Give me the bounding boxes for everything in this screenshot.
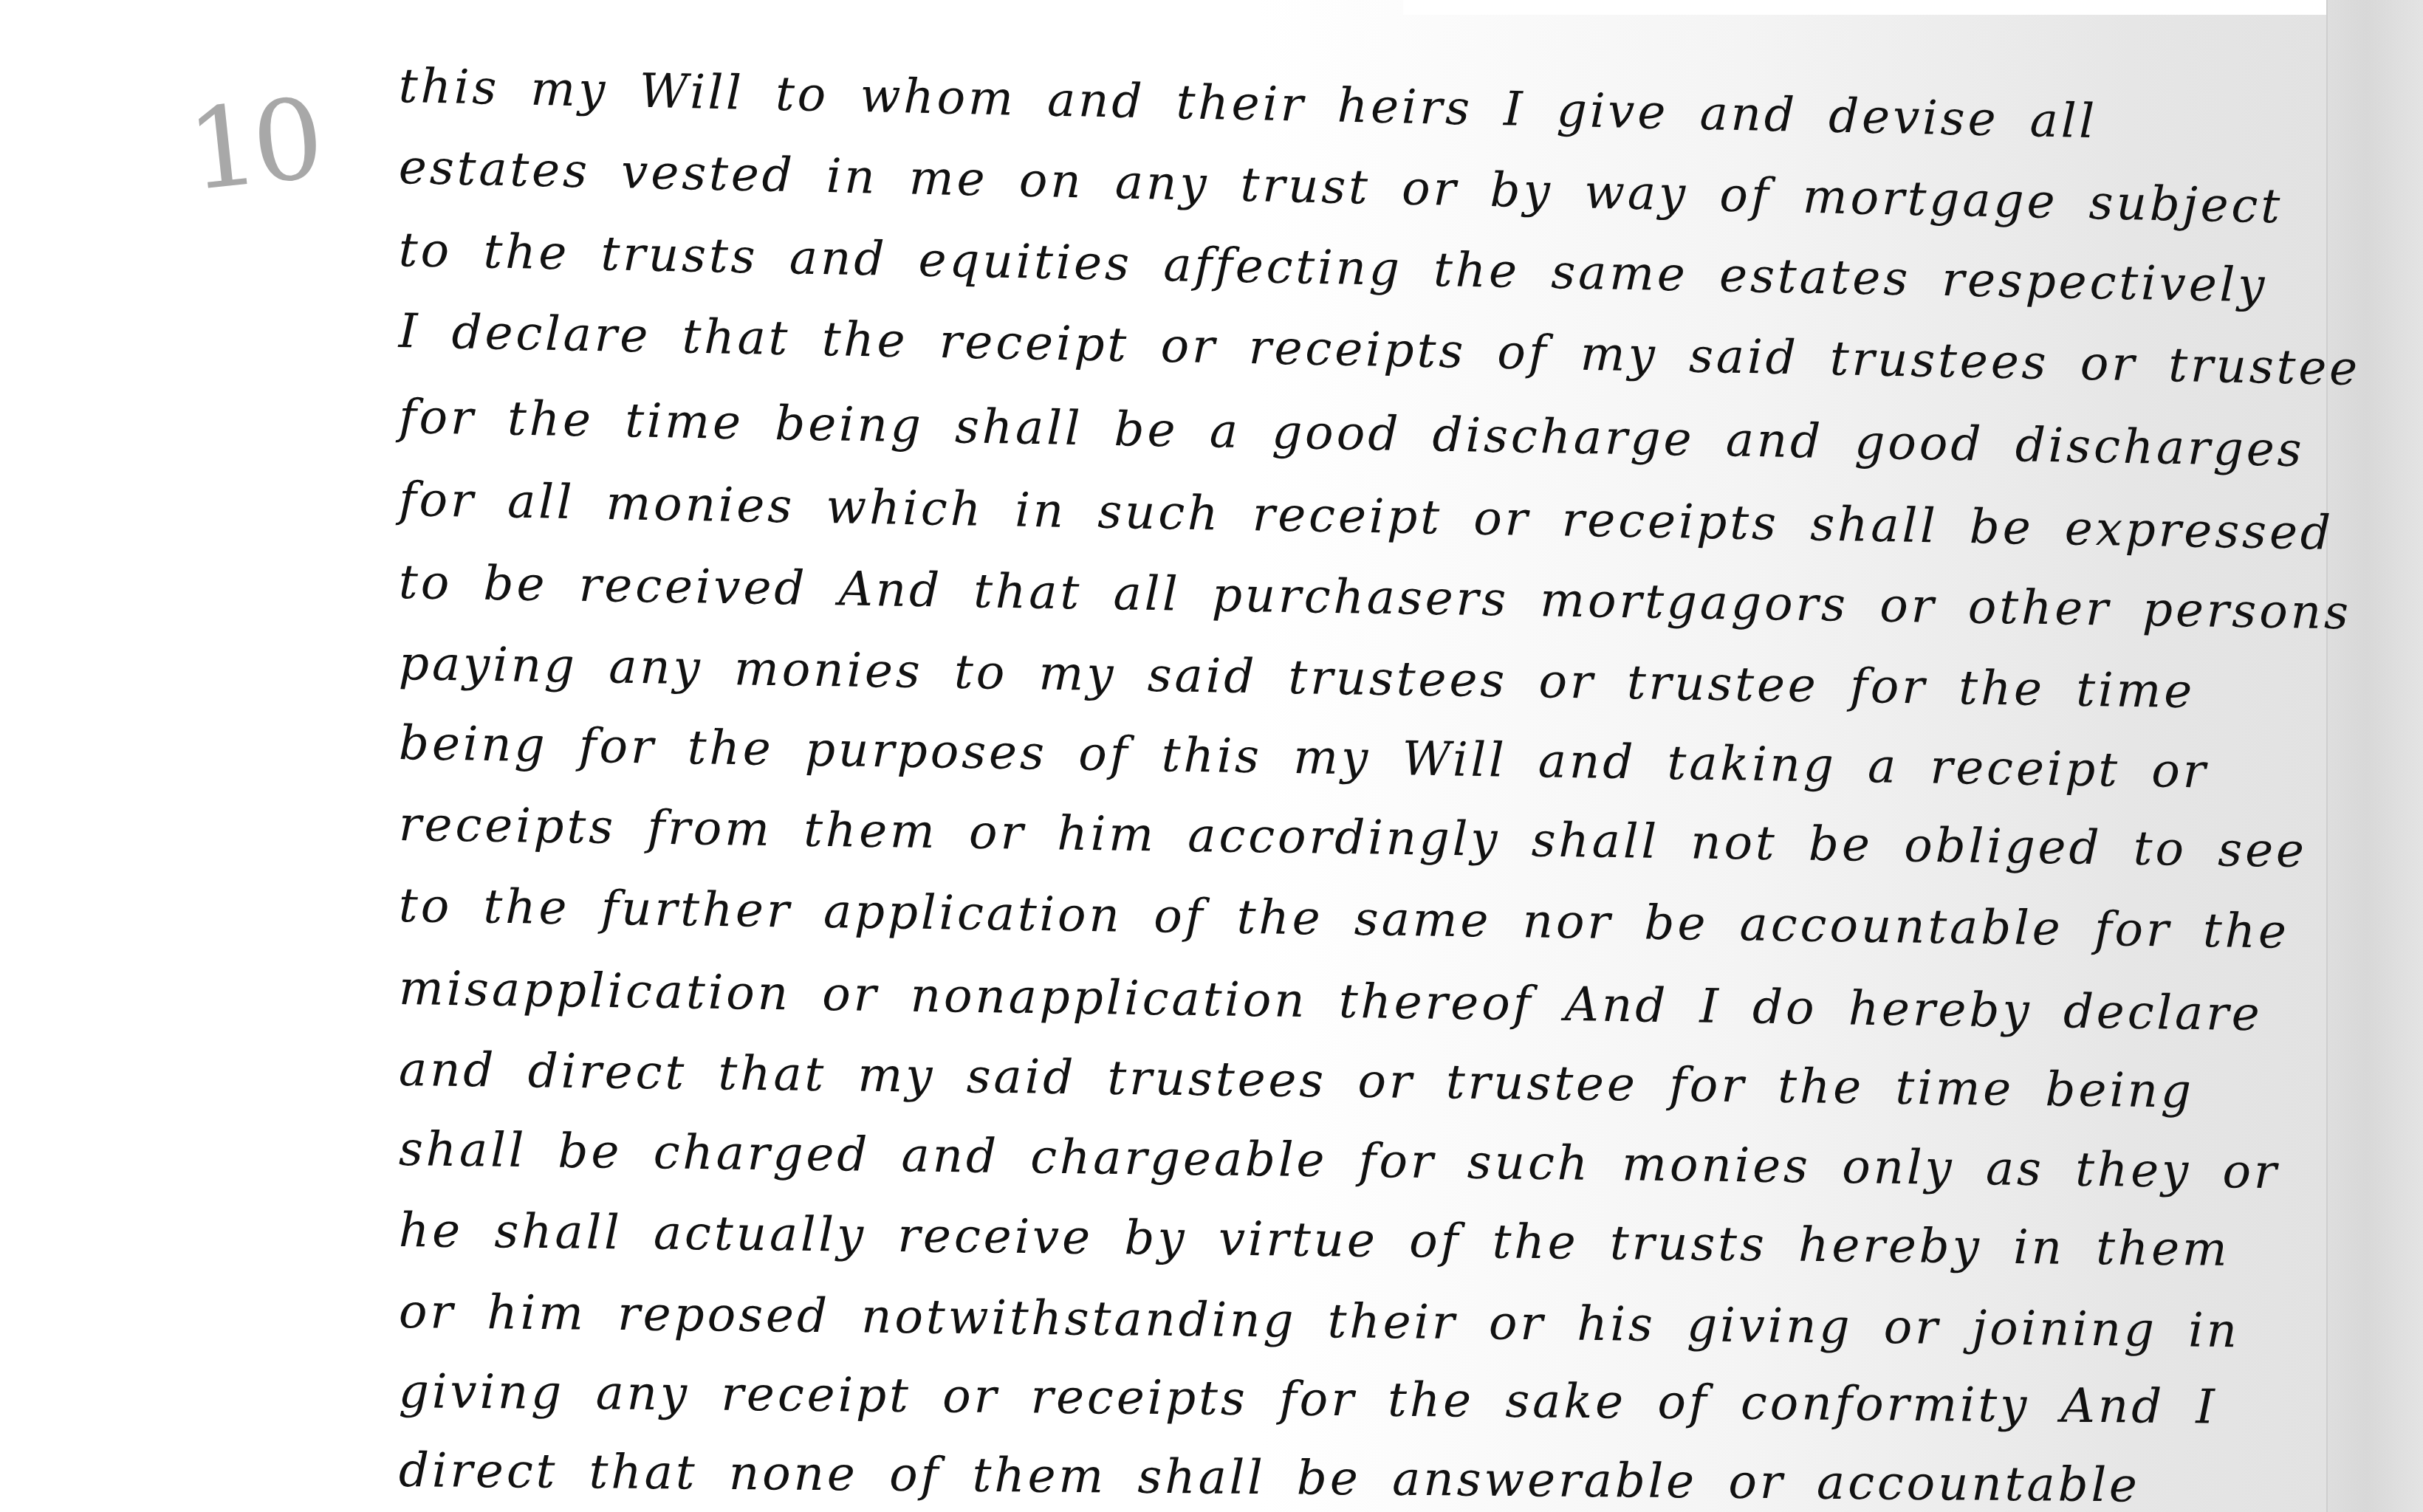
page-top-strip xyxy=(1403,0,2423,15)
text-line: paying any monies to my said trustees or… xyxy=(398,636,2195,719)
text-line: misapplication or nonapplication thereof… xyxy=(398,961,2263,1042)
text-line: shall be charged and chargeable for such… xyxy=(399,1122,2280,1200)
text-line: giving any receipt or receipts for the s… xyxy=(399,1364,2218,1434)
text-line: or him reposed notwithstanding their or … xyxy=(399,1285,2241,1358)
text-line: being for the purposes of this my Will a… xyxy=(398,716,2209,799)
text-line: he shall actually receive by virtue of t… xyxy=(399,1203,2231,1277)
text-line: I declare that the receipt or receipts o… xyxy=(398,304,2361,396)
text-line: and direct that my said trustees or trus… xyxy=(399,1042,2195,1119)
text-line: to the further application of the same n… xyxy=(398,879,2289,960)
margin-page-number: 10 xyxy=(182,75,323,216)
text-line: this my Will to whom and their heirs I g… xyxy=(398,59,2097,149)
text-line: direct that none of them shall be answer… xyxy=(399,1443,2141,1512)
text-line: receipts from them or him accordingly sh… xyxy=(398,797,2307,879)
text-line: estates vested in me on any trust or by … xyxy=(398,140,2283,234)
text-line: to the trusts and equities affecting the… xyxy=(398,223,2268,314)
page-edge-shadow xyxy=(2326,0,2423,1512)
text-line: to be received And that all purchasers m… xyxy=(398,555,2351,641)
text-line: for the time being shall be a good disch… xyxy=(398,390,2305,478)
document-page: 10 this my Will to whom and their heirs … xyxy=(0,0,2423,1512)
text-line: for all monies which in such receipt or … xyxy=(398,472,2334,561)
